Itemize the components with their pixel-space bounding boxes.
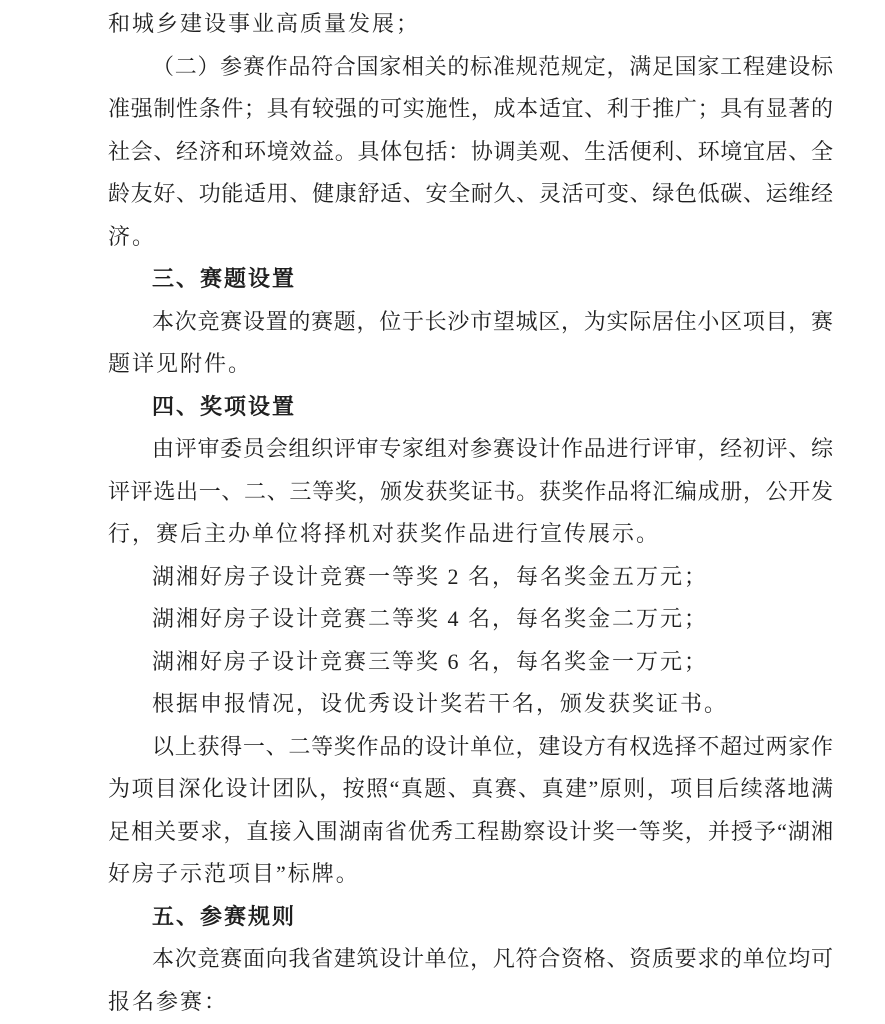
text-line: 根据申报情况，设优秀设计奖若干名，颁发获奖证书。 [108, 683, 833, 726]
text-line: 以上获得一、二等奖作品的设计单位，建设方有权选择不超过两家作 [108, 726, 833, 769]
text-line: 题详见附件。 [108, 343, 833, 386]
text-line: 报名参赛： [108, 981, 833, 1024]
prize-line-first: 湖湘好房子设计竞赛一等奖 2 名，每名奖金五万元； [108, 556, 833, 599]
text-line: （二）参赛作品符合国家相关的标准规范规定，满足国家工程建设标 [108, 46, 833, 89]
section-heading-4: 四、奖项设置 [108, 386, 833, 429]
text-line: 济。 [108, 216, 833, 259]
text-line: 好房子示范项目”标牌。 [108, 853, 833, 896]
prize-line-third: 湖湘好房子设计竞赛三等奖 6 名，每名奖金一万元； [108, 641, 833, 684]
text-line: 社会、经济和环境效益。具体包括：协调美观、生活便利、环境宜居、全 [108, 131, 833, 174]
document-page: 和城乡建设事业高质量发展； （二）参赛作品符合国家相关的标准规范规定，满足国家工… [0, 0, 885, 1024]
prize-line-second: 湖湘好房子设计竞赛二等奖 4 名，每名奖金二万元； [108, 598, 833, 641]
text-line: 为项目深化设计团队，按照“真题、真赛、真建”原则，项目后续落地满 [108, 768, 833, 811]
text-line: 本次竞赛设置的赛题，位于长沙市望城区，为实际居住小区项目，赛 [108, 301, 833, 344]
text-line: 准强制性条件；具有较强的可实施性，成本适宜、利于推广；具有显著的 [108, 88, 833, 131]
text-line: 本次竞赛面向我省建筑设计单位，凡符合资格、资质要求的单位均可 [108, 938, 833, 981]
section-heading-3: 三、赛题设置 [108, 258, 833, 301]
text-line: 评评选出一、二、三等奖，颁发获奖证书。获奖作品将汇编成册，公开发 [108, 471, 833, 514]
text-line: 由评审委员会组织评审专家组对参赛设计作品进行评审，经初评、综 [108, 428, 833, 471]
text-line: 足相关要求，直接入围湖南省优秀工程勘察设计奖一等奖，并授予“湖湘 [108, 811, 833, 854]
text-line: 龄友好、功能适用、健康舒适、安全耐久、灵活可变、绿色低碳、运维经 [108, 173, 833, 216]
text-line: 和城乡建设事业高质量发展； [108, 3, 833, 46]
text-line: 行，赛后主办单位将择机对获奖作品进行宣传展示。 [108, 513, 833, 556]
section-heading-5: 五、参赛规则 [108, 896, 833, 939]
